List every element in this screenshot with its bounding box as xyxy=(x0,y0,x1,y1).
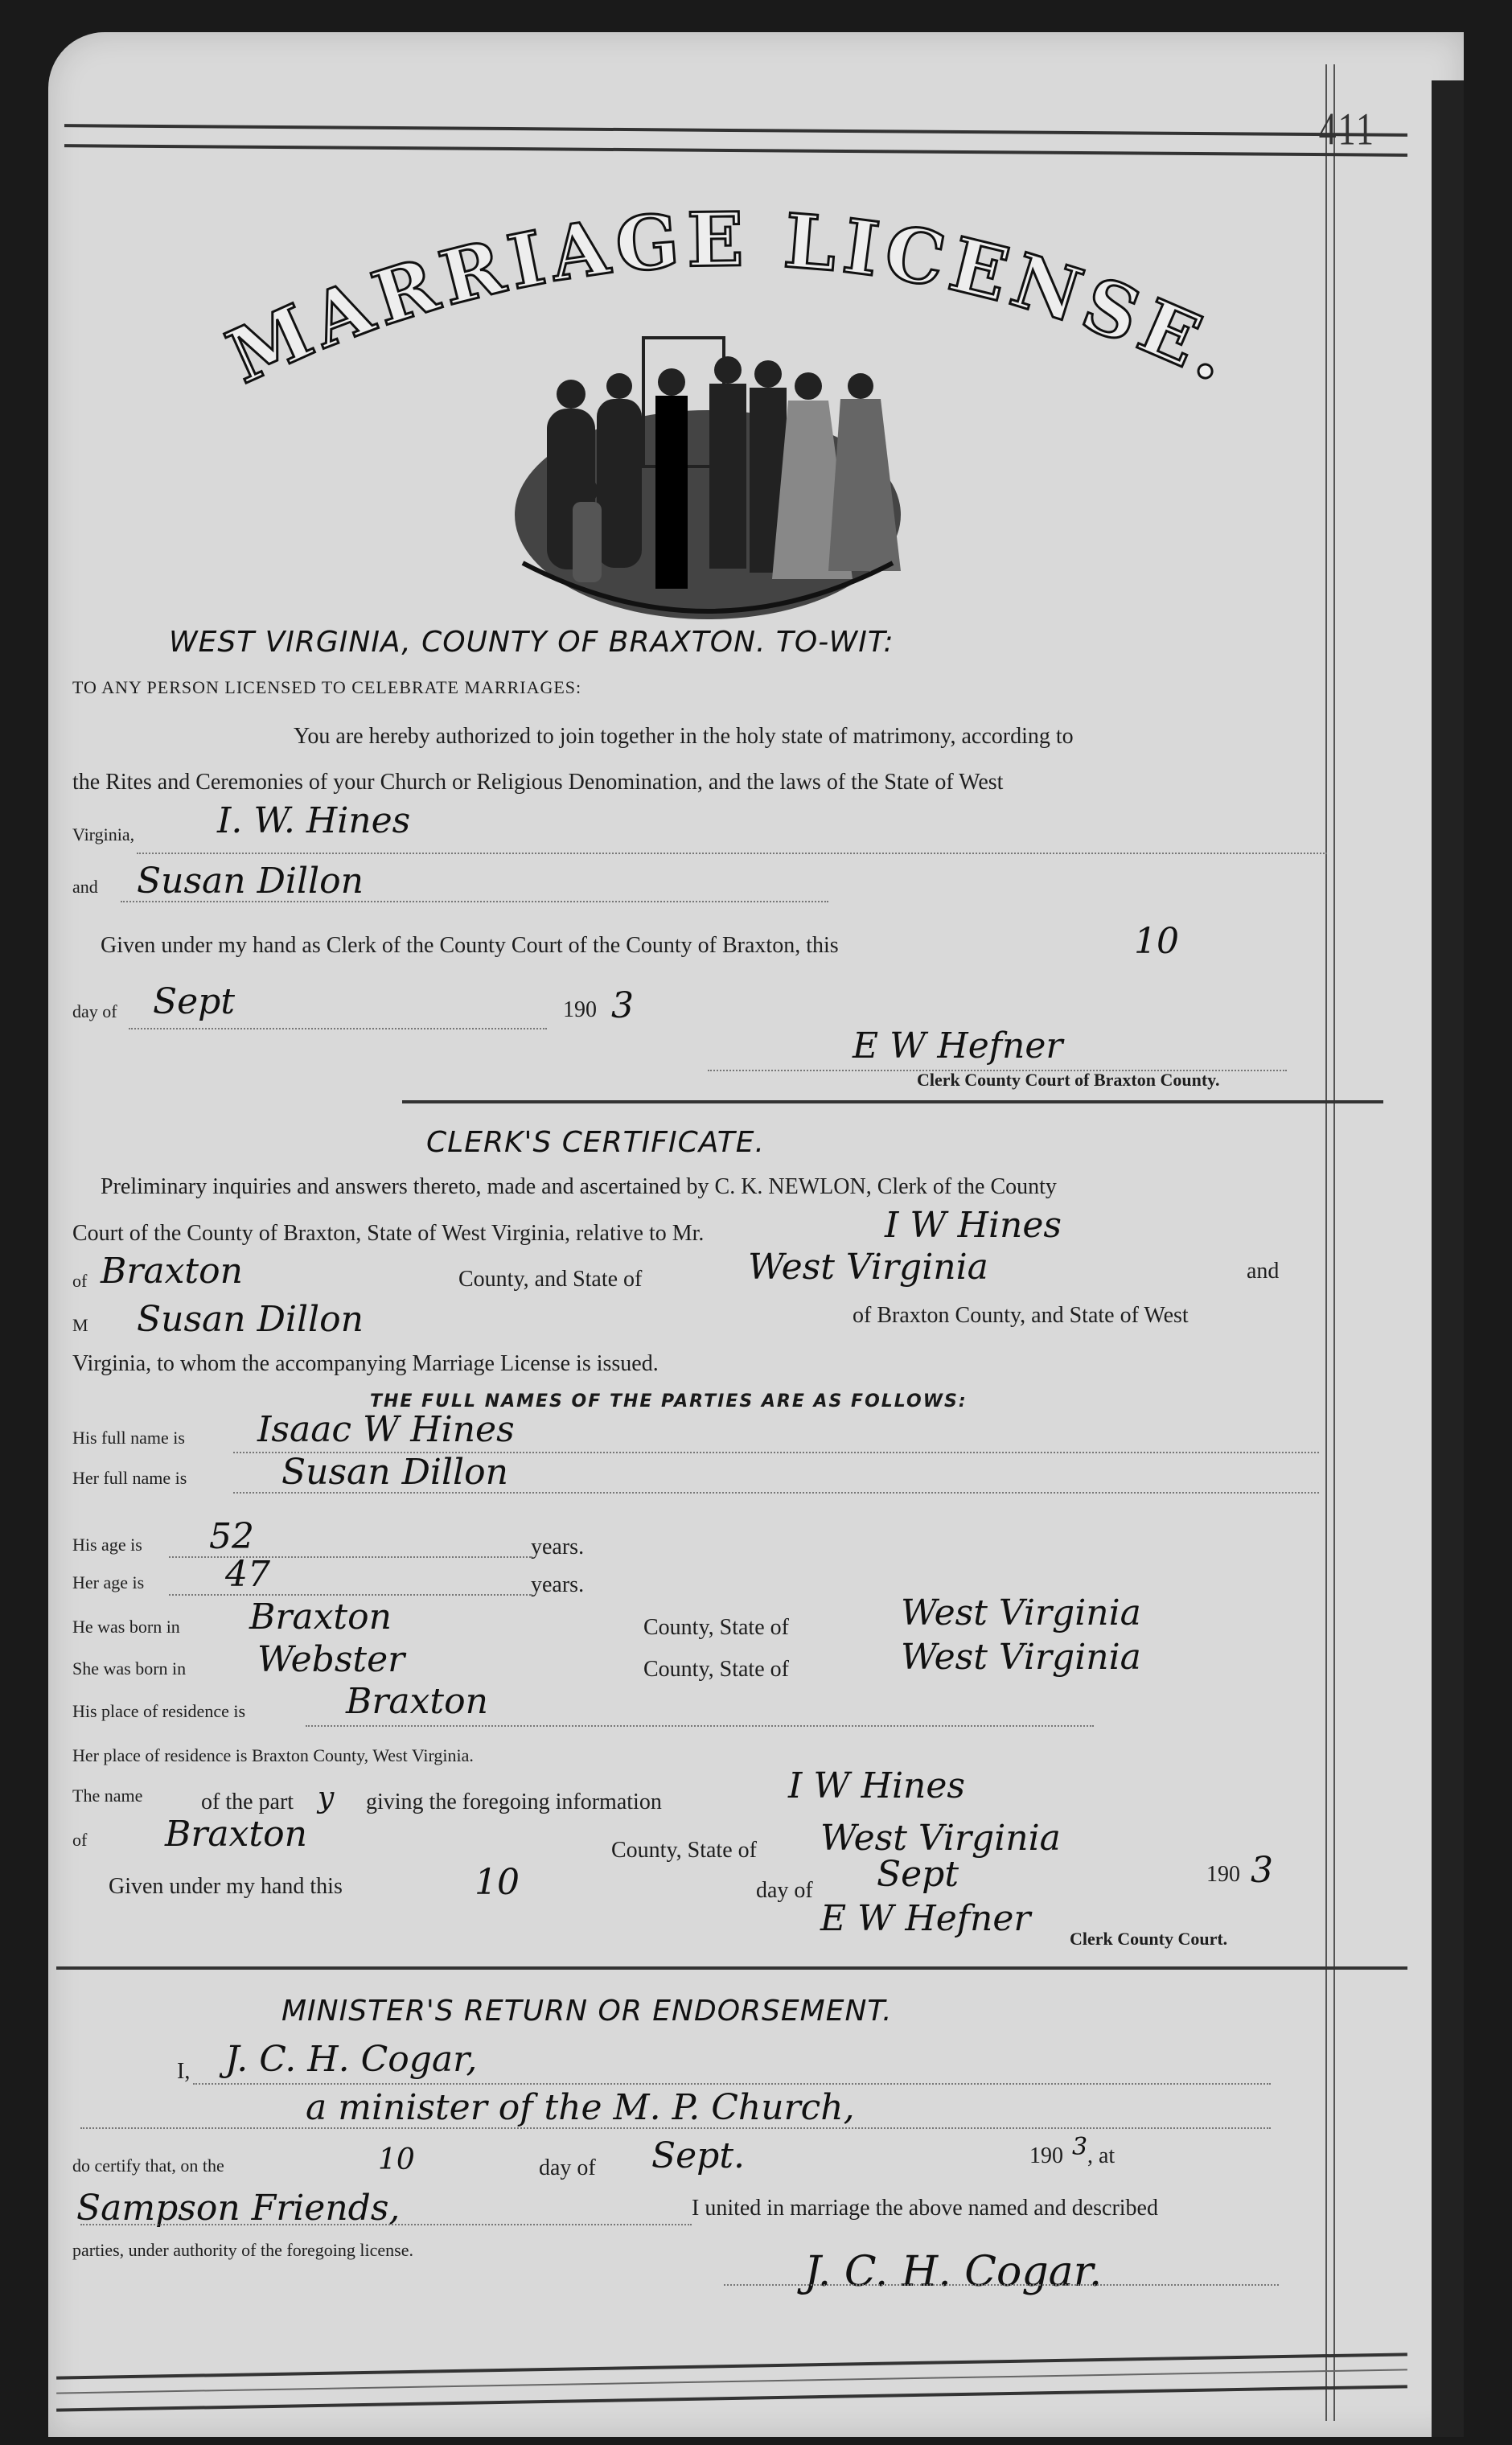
she-born-county-field: Webster xyxy=(257,1639,405,1680)
his-residence-line xyxy=(306,1725,1094,1727)
minister-year-suffix: 3 xyxy=(1072,2133,1087,2161)
years-label: years. xyxy=(531,1572,584,1598)
minister-signature: J. C. H. Cogar. xyxy=(804,2248,1102,2296)
top-rule xyxy=(64,124,1407,137)
his-age-label: His age is xyxy=(72,1535,142,1555)
given-day-field: 10 xyxy=(475,1862,520,1903)
marriage-place-line xyxy=(80,2224,692,2225)
he-born-label: He was born in xyxy=(72,1617,180,1638)
minister-title-field: a minister of the M. P. Church, xyxy=(306,2087,855,2128)
her-age-label: Her age is xyxy=(72,1572,144,1593)
authority-text: parties, under authority of the foregoin… xyxy=(72,2240,413,2261)
section-divider xyxy=(402,1100,1383,1103)
minister-title-line xyxy=(80,2127,1271,2129)
top-rule xyxy=(64,144,1407,157)
her-full-name-line xyxy=(233,1492,1319,1494)
license-year-prefix: 190 xyxy=(563,997,597,1023)
years-label: years. xyxy=(531,1535,584,1560)
bride-name-line xyxy=(121,901,828,902)
county-state-label: County, and State of xyxy=(458,1267,642,1292)
i-label: I, xyxy=(177,2059,190,2085)
informant-label-a: The name xyxy=(72,1785,142,1806)
year-suffix: 3 xyxy=(1251,1850,1273,1891)
day-of-label: day of xyxy=(756,1878,813,1904)
license-given-text: Given under my hand as Clerk of the Coun… xyxy=(101,933,839,959)
certificate-line-1: Preliminary inquiries and answers theret… xyxy=(101,1174,1057,1200)
day-of-label: day of xyxy=(72,1001,117,1022)
license-body-line-2: the Rites and Ceremonies of your Church … xyxy=(72,770,1003,795)
minister-name-line xyxy=(193,2083,1271,2085)
minister-signature-line xyxy=(724,2284,1279,2286)
certify-label: do certify that, on the xyxy=(72,2155,224,2176)
groom-name-field: I. W. Hines xyxy=(217,800,410,841)
informant-label-c: giving the foregoing information xyxy=(366,1790,662,1815)
license-given-day: 10 xyxy=(1134,921,1179,962)
united-text: I united in marriage the above named and… xyxy=(692,2196,1158,2221)
section-divider xyxy=(56,1966,1407,1970)
certificate-line-last: Virginia, to whom the accompanying Marri… xyxy=(72,1351,659,1377)
wedding-engraving-image xyxy=(499,306,917,635)
his-age-field: 52 xyxy=(209,1516,254,1557)
informant-name-field: I W Hines xyxy=(788,1765,965,1806)
his-age-line xyxy=(169,1556,531,1558)
and-label: and xyxy=(1247,1259,1279,1284)
of-label: of xyxy=(72,1271,87,1292)
license-body-line-1: You are hereby authorized to join togeth… xyxy=(294,724,1074,750)
minister-year-prefix: 190 xyxy=(1029,2143,1063,2169)
mr-name-field: I W Hines xyxy=(885,1205,1062,1246)
given-hand-label: Given under my hand this xyxy=(109,1874,343,1900)
mr-county-field: Braxton xyxy=(101,1251,243,1292)
license-heading: WEST VIRGINIA, COUNTY OF BRAXTON. TO-WIT… xyxy=(169,626,894,659)
his-residence-label: His place of residence is xyxy=(72,1701,245,1722)
page-binding-edge xyxy=(1432,80,1464,2437)
certificate-line-2: Court of the County of Braxton, State of… xyxy=(72,1221,704,1247)
bottom-rule xyxy=(56,2353,1407,2379)
ledger-page: 411 MARRIAGE LICENSE. WEST VIRGINIA, COU… xyxy=(48,32,1464,2437)
her-age-field: 47 xyxy=(225,1554,270,1595)
he-born-county-field: Braxton xyxy=(249,1596,392,1638)
m-name-field: Susan Dillon xyxy=(137,1299,364,1340)
her-age-line xyxy=(169,1594,531,1596)
bride-suffix-text: of Braxton County, and State of West xyxy=(853,1303,1189,1329)
he-born-state-field: West Virginia xyxy=(901,1592,1141,1633)
informant-of-label: of xyxy=(72,1830,87,1851)
virginia-label: Virginia, xyxy=(72,824,134,845)
she-born-state-field: West Virginia xyxy=(901,1637,1141,1678)
she-born-label: She was born in xyxy=(72,1658,186,1679)
minister-day-field: 10 xyxy=(378,2143,415,2176)
license-addressee: TO ANY PERSON LICENSED TO CELEBRATE MARR… xyxy=(72,677,581,698)
her-full-name-label: Her full name is xyxy=(72,1468,187,1489)
margin-rule xyxy=(1325,64,1327,2421)
minister-month-field: Sept. xyxy=(651,2135,745,2176)
his-full-name-field: Isaac W Hines xyxy=(257,1409,515,1450)
marriage-place-field: Sampson Friends, xyxy=(76,2188,400,2229)
day-of-label: day of xyxy=(539,2155,596,2181)
clerk-signature-2: E W Hefner xyxy=(820,1898,1030,1939)
license-month-field: Sept xyxy=(153,981,235,1022)
bride-name-field: Susan Dillon xyxy=(137,861,364,902)
minister-return-heading: MINISTER'S RETURN OR ENDORSEMENT. xyxy=(281,1995,893,2028)
given-month-field: Sept xyxy=(877,1854,959,1895)
minister-name-field: J. C. H. Cogar, xyxy=(225,2039,477,2080)
clerk-caption: Clerk County Court of Braxton County. xyxy=(917,1070,1219,1091)
informant-county-state-label: County, State of xyxy=(611,1838,757,1864)
mr-state-field: West Virginia xyxy=(748,1247,988,1288)
informant-label-b: of the part xyxy=(201,1790,294,1815)
and-label: and xyxy=(72,877,98,898)
groom-name-line xyxy=(137,853,1327,854)
his-full-name-label: His full name is xyxy=(72,1428,185,1449)
her-residence-text: Her place of residence is Braxton County… xyxy=(72,1745,474,1766)
clerk-signature: E W Hefner xyxy=(853,1025,1062,1066)
informant-county-field: Braxton xyxy=(165,1814,307,1855)
informant-state-field: West Virginia xyxy=(820,1818,1061,1859)
county-state-of-label: County, State of xyxy=(643,1615,789,1641)
his-residence-field: Braxton xyxy=(346,1681,488,1722)
at-label: , at xyxy=(1087,2143,1115,2169)
county-state-of-label: County, State of xyxy=(643,1657,789,1683)
page-number: 411 xyxy=(1319,102,1375,155)
year-prefix: 190 xyxy=(1206,1862,1240,1888)
license-year-suffix: 3 xyxy=(611,985,634,1026)
informant-party-suffix: y xyxy=(318,1781,334,1814)
m-label: M xyxy=(72,1315,88,1336)
clerk-certificate-heading: CLERK'S CERTIFICATE. xyxy=(426,1126,765,1159)
month-line xyxy=(129,1028,547,1029)
clerk-caption-2: Clerk County Court. xyxy=(1070,1929,1227,1950)
margin-rule xyxy=(1333,64,1335,2421)
her-full-name-field: Susan Dillon xyxy=(281,1452,508,1493)
